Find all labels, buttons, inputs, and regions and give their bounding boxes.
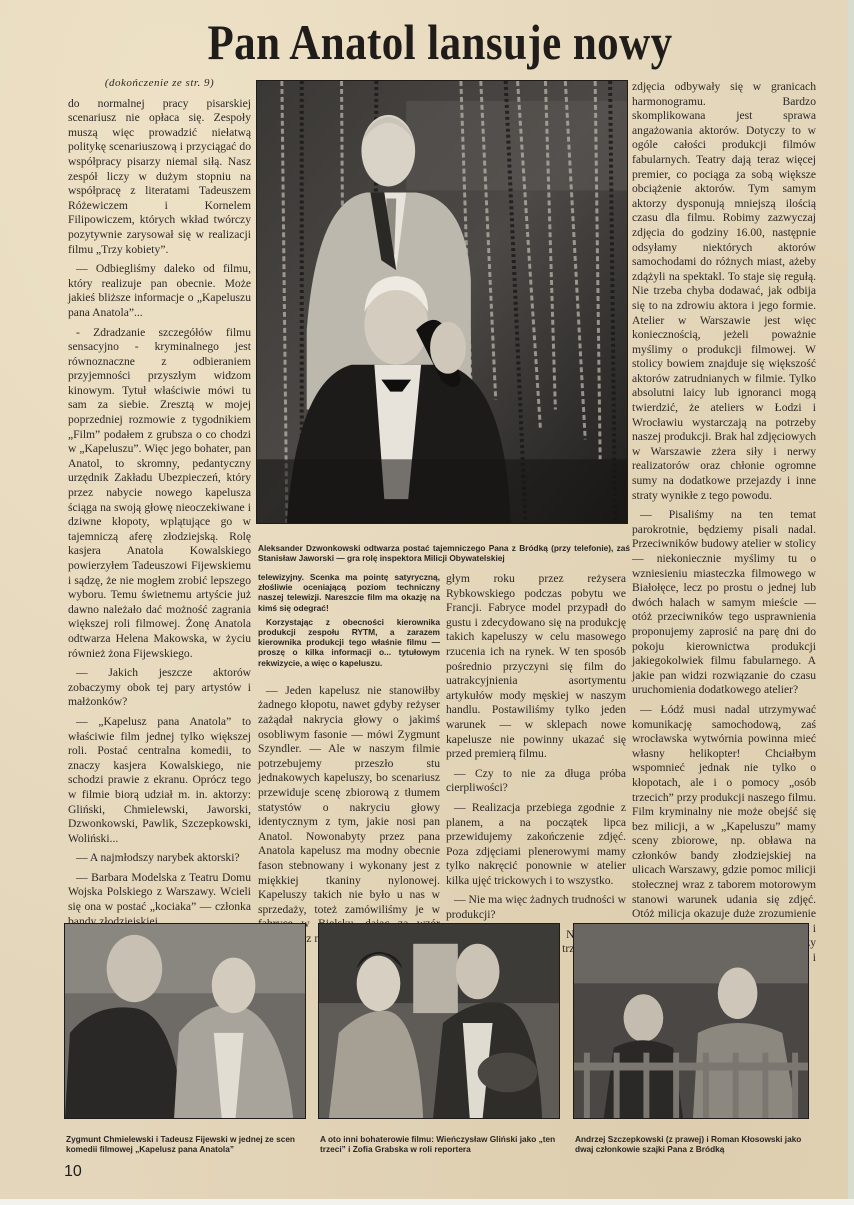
paragraph: — Jakich jeszcze aktorów zobaczymy obok … <box>68 666 251 710</box>
paragraph: — Odbiegliśmy daleko od filmu, który rea… <box>68 262 251 320</box>
article-headline: Pan Anatol lansuje nowy kapelusz <box>139 12 741 74</box>
paragraph: — A najmłodszy narybek aktorski? <box>68 851 251 866</box>
page-edge <box>0 1199 854 1205</box>
bottom-photo-1 <box>64 923 306 1119</box>
text-column-4: zdjęcia odbywały się w granicach harmono… <box>632 80 816 1022</box>
bottom-photo-3-caption: Andrzej Szczepkowski (z prawej) i Roman … <box>575 1134 811 1154</box>
main-photo <box>256 80 628 524</box>
photo-image <box>257 81 627 523</box>
bold-interlude: telewizyjny. Scenka ma pointę satyryczną… <box>258 572 440 613</box>
continued-note: (dokończenie ze str. 9) <box>68 76 251 91</box>
bold-interlude: Korzystając z obecności kierownika produ… <box>258 617 440 668</box>
paragraph: — Czy to nie za długa próba cierpliwości… <box>446 767 626 796</box>
bottom-photo-3 <box>573 923 809 1119</box>
paragraph: do normalnej pracy pisarskiej scenariusz… <box>68 97 251 258</box>
paragraph: - Zdradzanie szczegółów filmu sensacyjno… <box>68 326 251 662</box>
magazine-page: Pan Anatol lansuje nowy kapelusz (dokońc… <box>0 0 854 1205</box>
text-column-1: (dokończenie ze str. 9) do normalnej pra… <box>68 76 251 1004</box>
photo-image <box>65 924 305 1118</box>
paragraph: — „Kapelusz pana Anatola” to właściwie f… <box>68 715 251 846</box>
paragraph: — Nie ma więc żadnych trudności w produk… <box>446 893 626 922</box>
page-number: 10 <box>64 1163 82 1181</box>
photo-image <box>319 924 559 1118</box>
paragraph: — Realizacja przebiega zgodnie z planem,… <box>446 801 626 889</box>
bottom-photo-2 <box>318 923 560 1119</box>
paragraph: — Pisaliśmy na ten temat parokrotnie, bę… <box>632 508 816 698</box>
bottom-photo-1-caption: Zygmunt Chmielewski i Tadeusz Fijewski w… <box>66 1134 308 1154</box>
paragraph: — Jeden kapelusz nie stanowiłby żadnego … <box>258 684 440 947</box>
paragraph: głym roku przez reżysera Rybkowskiego po… <box>446 572 626 762</box>
paragraph: zdjęcia odbywały się w granicach harmono… <box>632 80 816 503</box>
paragraph: — Barbara Modelska z Teatru Domu Wojska … <box>68 871 251 929</box>
bottom-photo-2-caption: A oto inni bohaterowie filmu: Wieńczysła… <box>320 1134 562 1154</box>
main-photo-caption: Aleksander Dzwonkowski odtwarza postać t… <box>258 543 630 563</box>
page-edge <box>848 0 854 1205</box>
text-column-2: telewizyjny. Scenka ma pointę satyryczną… <box>258 572 440 952</box>
photo-image <box>574 924 808 1118</box>
text-column-3: głym roku przez reżysera Rybkowskiego po… <box>446 572 626 976</box>
